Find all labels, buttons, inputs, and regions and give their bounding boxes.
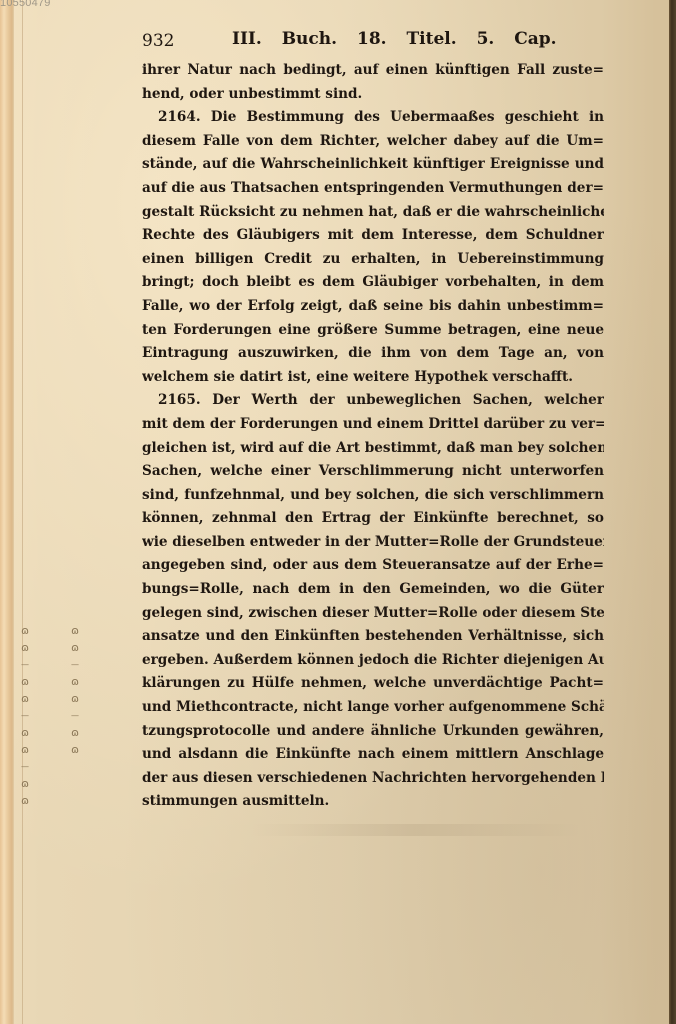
title-label: 18. Titel.	[357, 29, 457, 49]
text-line: ergeben. Außerdem können jedoch die Rich…	[142, 649, 604, 673]
margin-ornament-icon: ɷ	[21, 792, 30, 809]
text-line: einen billigen Credit zu erhalten, in Ue…	[142, 248, 604, 272]
margin-dash: —	[21, 656, 30, 673]
text-line: diesem Falle von dem Richter, welcher da…	[142, 130, 604, 154]
running-title: III. Buch. 18. Titel. 5. Cap.	[232, 29, 557, 49]
margin-dash: —	[21, 758, 30, 775]
margin-ornament-icon: ɷ	[71, 690, 80, 707]
text-line: der aus diesen verschiedenen Nachrichten…	[142, 767, 604, 791]
page-number: 932	[142, 31, 174, 51]
text-line: wie dieselben entweder in der Mutter=Rol…	[142, 531, 604, 555]
text-line: bungs=Rolle, nach dem in den Gemeinden, …	[142, 578, 604, 602]
text-line: stimmungen ausmitteln.	[142, 790, 604, 814]
margin-dash: —	[71, 707, 80, 724]
margin-marks-left: ɷ ɷ — ɷ ɷ — ɷ ɷ — ɷ ɷ	[21, 622, 30, 809]
margin-dash: —	[21, 707, 30, 724]
binding-edge	[0, 0, 14, 1024]
text-line: sind, funfzehnmal, und bey solchen, die …	[142, 484, 604, 508]
margin-ornament-icon: ɷ	[71, 622, 80, 639]
text-line: Rechte des Gläubigers mit dem Interesse,…	[142, 224, 604, 248]
margin-ornament-icon: ɷ	[21, 724, 30, 741]
text-line: und Miethcontracte, nicht lange vorher a…	[142, 696, 604, 720]
text-line: gleichen ist, wird auf die Art bestimmt,…	[142, 437, 604, 461]
text-line: tzungsprotocolle und andere ähnliche Urk…	[142, 720, 604, 744]
margin-ornament-icon: ɷ	[71, 724, 80, 741]
margin-ornament-icon: ɷ	[71, 673, 80, 690]
margin-ornament-icon: ɷ	[21, 673, 30, 690]
text-line: und alsdann die Einkünfte nach einem mit…	[142, 743, 604, 767]
margin-ornament-icon: ɷ	[21, 639, 30, 656]
text-line: welchem sie datirt ist, eine weitere Hyp…	[142, 366, 604, 390]
show-through-text	[250, 824, 580, 836]
text-line: Sachen, welche einer Verschlimmerung nic…	[142, 460, 604, 484]
margin-dash: —	[71, 656, 80, 673]
running-header: 932 III. Buch. 18. Titel. 5. Cap.	[142, 29, 612, 55]
text-line: ihrer Natur nach bedingt, auf einen künf…	[142, 59, 604, 83]
text-line: auf die aus Thatsachen entspringenden Ve…	[142, 177, 604, 201]
text-line: ansatze und den Einkünften bestehenden V…	[142, 625, 604, 649]
body-text: ihrer Natur nach bedingt, auf einen künf…	[142, 59, 604, 814]
margin-ornament-icon: ɷ	[71, 639, 80, 656]
text-line: hend, oder unbestimmt sind.	[142, 83, 604, 107]
chapter-label: 5. Cap.	[477, 29, 557, 49]
text-line: gestalt Rücksicht zu nehmen hat, daß er …	[142, 201, 604, 225]
page-right-edge	[669, 0, 676, 1024]
margin-ornament-icon: ɷ	[21, 622, 30, 639]
text-line: bringt; doch bleibt es dem Gläubiger vor…	[142, 271, 604, 295]
text-line: angegeben sind, oder aus dem Steueransat…	[142, 554, 604, 578]
text-line: Eintragung auszuwirken, die ihm von dem …	[142, 342, 604, 366]
text-line: ten Forderungen eine größere Summe betra…	[142, 319, 604, 343]
text-line: stände, auf die Wahrscheinlichkeit künft…	[142, 153, 604, 177]
paragraph-2165-start: 2165. Der Werth der unbeweglichen Sachen…	[142, 389, 604, 413]
margin-ornament-icon: ɷ	[21, 741, 30, 758]
text-line: mit dem der Forderungen und einem Dritte…	[142, 413, 604, 437]
text-line: können, zehnmal den Ertrag der Einkünfte…	[142, 507, 604, 531]
text-line: klärungen zu Hülfe nehmen, welche unverd…	[142, 672, 604, 696]
scan-id-label: 10550479	[0, 0, 51, 9]
margin-marks-right: ɷ ɷ — ɷ ɷ — ɷ ɷ	[71, 622, 80, 758]
margin-ornament-icon: ɷ	[71, 741, 80, 758]
book-label: III. Buch.	[232, 29, 337, 49]
paragraph-2164-start: 2164. Die Bestimmung des Uebermaaßes ges…	[142, 106, 604, 130]
margin-ornament-icon: ɷ	[21, 690, 30, 707]
text-line: gelegen sind, zwischen dieser Mutter=Rol…	[142, 602, 604, 626]
margin-ornament-icon: ɷ	[21, 775, 30, 792]
gutter-line	[22, 0, 23, 1024]
text-line: Falle, wo der Erfolg zeigt, daß seine bi…	[142, 295, 604, 319]
